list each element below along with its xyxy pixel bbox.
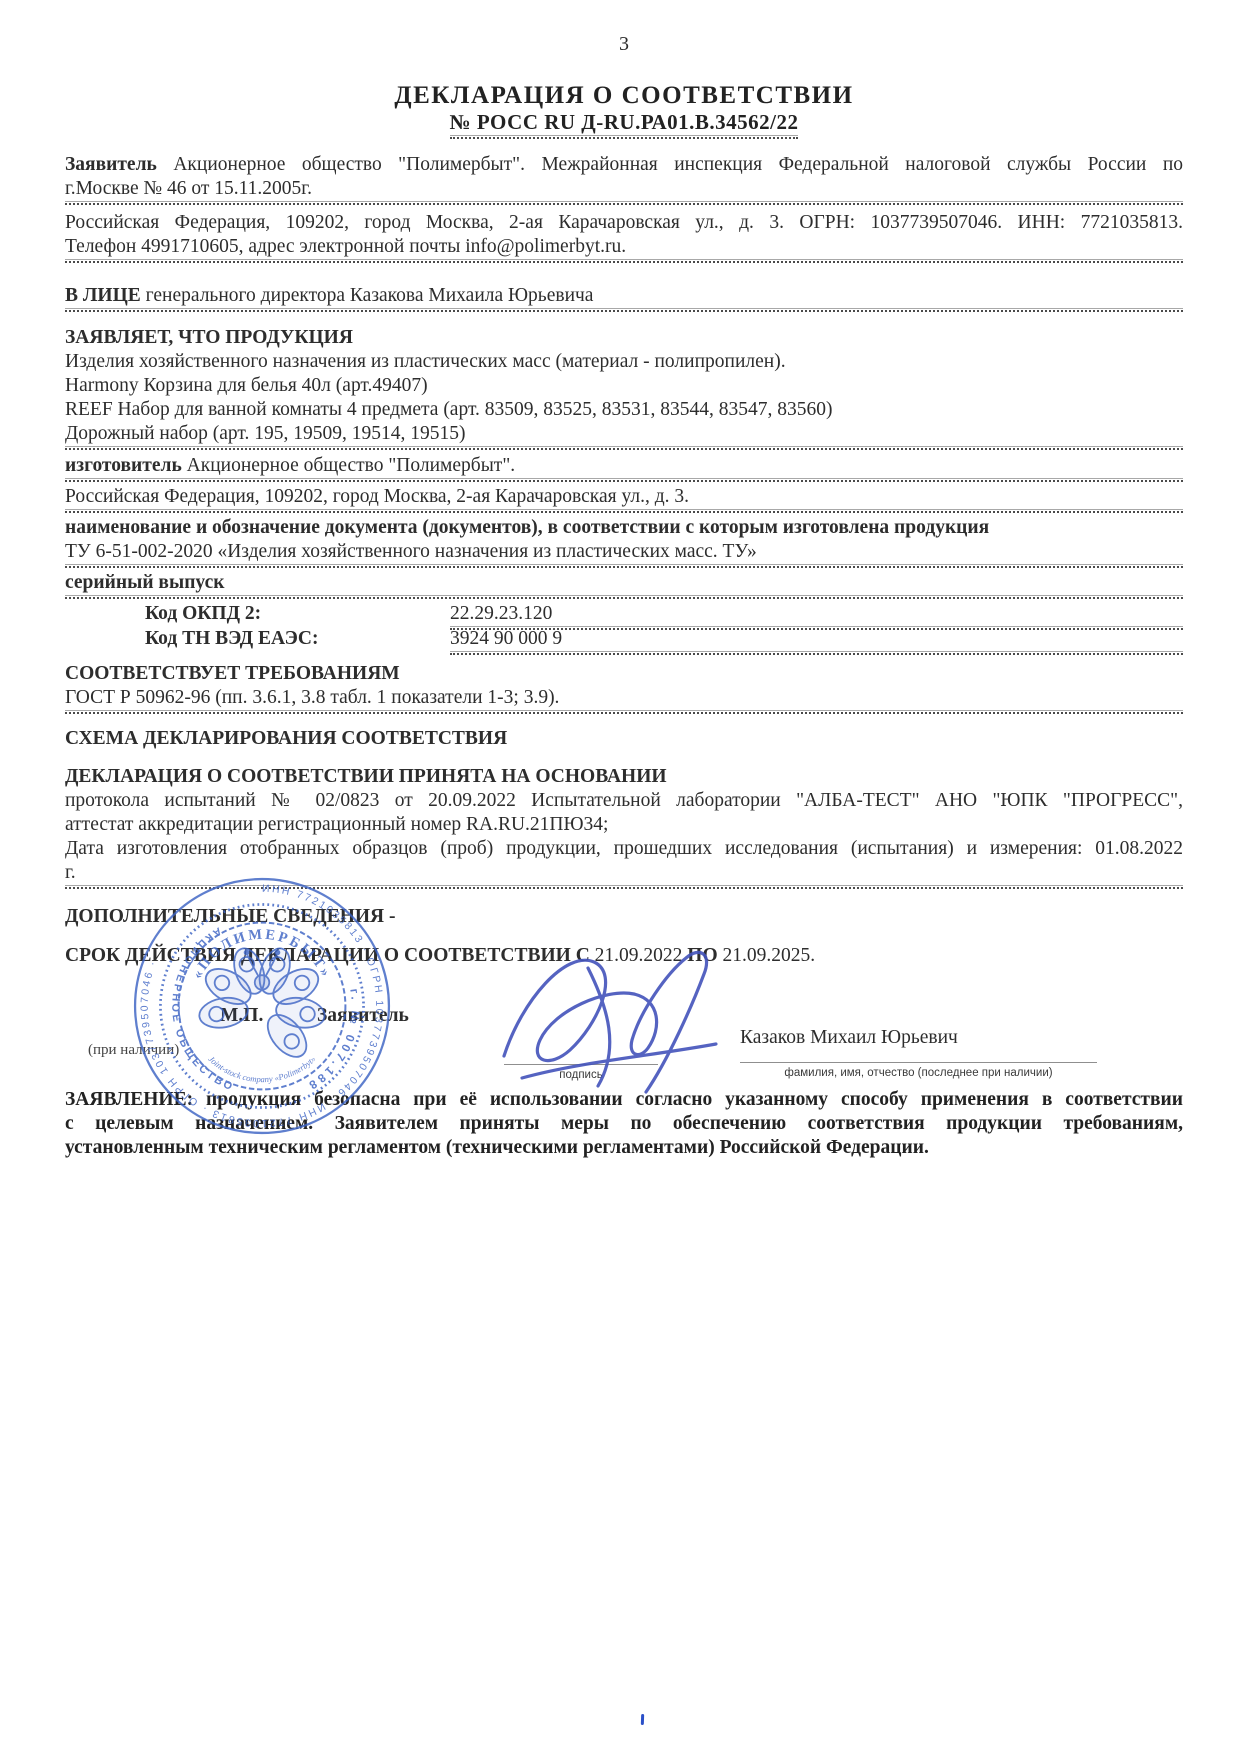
basis-header: ДЕКЛАРАЦИЯ О СООТВЕТСТВИИ ПРИНЯТА НА ОСН…: [65, 765, 1183, 789]
tnved-row: Код ТН ВЭД ЕАЭС:3924 90 000 9: [65, 627, 1183, 652]
document-number: № РОСС RU Д-RU.РА01.В.34562/22: [450, 110, 799, 136]
manufacturer-line: изготовитель Акционерное общество "Полим…: [65, 454, 1183, 479]
company-stamp-polimerbyt: ИНН 7721035813 · ОГРН 1037739507046 · ИН…: [126, 870, 398, 1142]
document-title: ДЕКЛАРАЦИЯ О СООТВЕТСТВИИ: [65, 82, 1183, 110]
in-person-line: В ЛИЦЕ генерального директора Казакова М…: [65, 284, 1183, 309]
tnved-value: 3924 90 000 9: [450, 627, 1183, 652]
blue-tick-mark: [641, 1714, 644, 1725]
product-line: REEF Набор для ванной комнаты 4 предмета…: [65, 398, 1183, 422]
name-line: [740, 1062, 1097, 1063]
applicant-text: Акционерное общество "Полимербыт". Межра…: [173, 154, 1183, 175]
handwritten-signature: [470, 928, 750, 1103]
product-line: Изделия хозяйственного назначения из пла…: [65, 350, 1183, 374]
applicant-label: Заявитель: [65, 154, 157, 175]
basis-line2: аттестат аккредитации регистрационный но…: [65, 813, 1183, 837]
doc-basis-text: ТУ 6-51-002-2020 «Изделия хозяйственного…: [65, 540, 1183, 565]
signer-name: Казаков Михаил Юрьевич: [740, 1026, 958, 1050]
conformity-text: ГОСТ Р 50962-96 (пп. 3.6.1, 3.8 табл. 1 …: [65, 686, 1183, 711]
okpd-label: Код ОКПД 2:: [65, 602, 450, 627]
applicant-address-line1: Российская Федерация, 109202, город Моск…: [65, 211, 1183, 235]
manufacturer-label: изготовитель: [65, 455, 182, 476]
declaration-document-page: 3 ДЕКЛАРАЦИЯ О СООТВЕТСТВИИ № РОСС RU Д-…: [0, 0, 1240, 1755]
tnved-label: Код ТН ВЭД ЕАЭС:: [65, 627, 450, 652]
in-person-label: В ЛИЦЕ: [65, 285, 141, 306]
declares-header: ЗАЯВЛЯЕТ, ЧТО ПРОДУКЦИЯ: [65, 326, 1183, 350]
manufacturer-address: Российская Федерация, 109202, город Моск…: [65, 485, 1183, 510]
conformity-header: СООТВЕТСТВУЕТ ТРЕБОВАНИЯМ: [65, 662, 1183, 686]
page-number: 3: [65, 32, 1183, 56]
applicant-line1: Заявитель Акционерное общество "Полимерб…: [65, 153, 1183, 177]
applicant-address-line2: Телефон 4991710605, адрес электронной по…: [65, 235, 1183, 260]
basis-line3: Дата изготовления отобранных образцов (п…: [65, 837, 1183, 861]
name-caption: фамилия, имя, отчество (последнее при на…: [740, 1067, 1097, 1079]
okpd-row: Код ОКПД 2:22.29.23.120: [65, 602, 1183, 627]
stamp-butterfly-logo: [197, 944, 327, 1064]
basis-line1: протокола испытаний № 02/0823 от 20.09.2…: [65, 789, 1183, 813]
product-line: Дорожный набор (арт. 195, 19509, 19514, …: [65, 422, 1183, 447]
doc-basis-header: наименование и обозначение документа (до…: [65, 516, 1183, 540]
serial-release: серийный выпуск: [65, 571, 1183, 596]
scheme-header: СХЕМА ДЕКЛАРИРОВАНИЯ СООТВЕТСТВИЯ: [65, 727, 1183, 751]
product-line: Harmony Корзина для белья 40л (арт.49407…: [65, 374, 1183, 398]
applicant-line2: г.Москве № 46 от 15.11.2005г.: [65, 177, 1183, 202]
in-person-text: генерального директора Казакова Михаила …: [146, 285, 594, 306]
manufacturer-text: Акционерное общество "Полимербыт".: [187, 455, 516, 476]
okpd-value: 22.29.23.120: [450, 602, 1183, 627]
